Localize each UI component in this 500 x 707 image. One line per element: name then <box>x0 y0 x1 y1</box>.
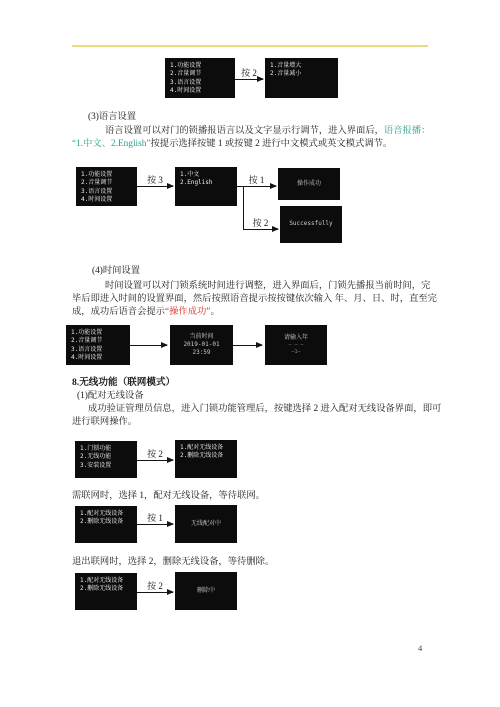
lcd-menu-line: 2.删除无线设备 <box>80 585 132 593</box>
lcd-main-menu-screen: 1.功能设置 2.音量调节 3.语言设置 4.时间设置 <box>76 167 137 206</box>
lcd-menu-line: 3.安装设置 <box>80 462 132 470</box>
branch-line <box>243 187 244 230</box>
para-pair-instruction: 需联网时，选择 1，配对无线设备，等待联网。 <box>72 491 265 502</box>
lcd-current-time-screen: 当前时间 2019-01-01 23:59 <box>170 325 233 365</box>
para-time-line2: 毕后即进入时间的设置界面，然后按照语音提示按按键依次输入 年、月、日、时，直至完 <box>72 294 437 305</box>
lcd-success-cn-screen: 操作成功 <box>278 168 340 200</box>
lcd-function-menu-screen: 1.门锁功能 2.无线功能 3.安装设置 <box>75 441 137 478</box>
lcd-menu-line: 2.音量调节 <box>170 70 230 78</box>
lcd-main-menu-screen: 1.功能设置 2.音量调节 3.语言设置 4.时间设置 <box>66 325 130 365</box>
lcd-deleting-screen: 删除中 <box>175 572 237 610</box>
heading-time-setting: (4)时间设置 <box>92 266 140 277</box>
lcd-status-text: 操作成功 <box>297 180 321 188</box>
arrow-label: 按 1 <box>147 511 163 524</box>
para-unpair-instruction: 退出联网时，选择 2，删除无线设备，等待删除。 <box>72 557 274 568</box>
heading-wireless-function: 8.无线功能（联网模式） <box>72 377 175 388</box>
lcd-menu-line: 3.语言设置 <box>81 188 132 196</box>
plain-arrow <box>130 345 167 346</box>
para-text: 成，成功后语音会提示 <box>72 307 165 317</box>
press-1-arrow: 按 1 <box>137 524 173 525</box>
press-2-arrow: 按 2 <box>137 592 173 593</box>
arrow-label: 按 3 <box>147 173 163 186</box>
lcd-main-menu-screen: 1.功能设置 2.音量调节 3.语言设置 4.时间设置 <box>165 58 235 98</box>
arrow-label: 按 2 <box>147 447 163 460</box>
arrow-label: 按 2 <box>241 66 257 79</box>
lcd-wireless-menu-screen: 1.配对无线设备 2.删除无线设备 <box>75 573 137 610</box>
para-time-line1: 时间设置可以对门锁系统时间进行调整，进入界面后，门锁先播报当前时间，完 <box>105 281 430 292</box>
lcd-menu-line: 4.时间设置 <box>170 87 230 95</box>
lcd-pairing-screen: 无线配对中 <box>175 505 237 543</box>
lcd-menu-line: 1.中文 <box>180 171 232 179</box>
lcd-status-text: 2019-01-01 <box>183 341 219 349</box>
arrow-label: 按 2 <box>253 216 269 229</box>
manual-page: 1.功能设置 2.音量调节 3.语言设置 4.时间设置 按 2 1.音量增大 2… <box>0 0 500 707</box>
heading-pair-wireless: (1)配对无线设备 <box>77 391 144 402</box>
lcd-volume-menu-screen: 1.音量增大 2.音量减小 <box>265 58 338 98</box>
para-time-line3: 成，成功后语音会提示“操作成功”。 <box>72 307 220 318</box>
lcd-menu-line: 4.时间设置 <box>71 354 125 362</box>
para-language-line2: “1.中文、2.English”按提示选择按键 1 或按键 2 进行中文模式或英… <box>72 139 392 150</box>
lcd-menu-line: 2.删除无线设备 <box>180 452 232 460</box>
lcd-status-text: 23:59 <box>192 349 210 357</box>
para-text: 按提示选择按键 1 或按键 2 进行中文模式或英文模式调节。 <box>151 139 393 149</box>
lcd-menu-line: 2.删除无线设备 <box>80 518 132 526</box>
lcd-input-slots: — — — <box>288 342 303 349</box>
lcd-wireless-menu-screen: 1.配对无线设备 2.删除无线设备 <box>175 440 237 478</box>
lcd-success-en-screen: Successfully <box>280 206 342 243</box>
lcd-status-text: 请输入年 <box>284 334 308 342</box>
page-number: 4 <box>418 643 422 653</box>
heading-language-setting: (3)语言设置 <box>88 112 136 123</box>
operation-success-text: “操作成功” <box>165 307 210 317</box>
header-divider-line <box>72 45 428 47</box>
lcd-menu-line: 2.无线功能 <box>80 453 132 461</box>
lcd-menu-line: 3.语言设置 <box>170 79 230 87</box>
lcd-menu-line: 2.English <box>180 179 232 187</box>
lcd-status-text: 删除中 <box>197 587 215 595</box>
lcd-enter-year-screen: 请输入年 — — — —1— <box>265 325 327 365</box>
para-text: 。 <box>210 307 219 317</box>
voice-options-text: “1.中文、2.English” <box>72 139 151 149</box>
lcd-status-text: 无线配对中 <box>191 520 221 528</box>
lcd-menu-line: 2.音量减小 <box>270 70 333 78</box>
para-wireless-line1: 成功验证管理员信息，进入门锁功能管理后，按键选择 2 进入配对无线设备界面，即可 <box>88 404 441 415</box>
lcd-menu-line: 3.语言设置 <box>71 346 125 354</box>
lcd-status-text: 当前时间 <box>189 333 213 341</box>
arrow-label: 按 1 <box>249 173 265 186</box>
lcd-menu-line: 2.音量调节 <box>71 337 125 345</box>
lcd-language-menu-screen: 1.中文 2.English <box>175 167 237 206</box>
lcd-menu-line: 4.时间设置 <box>81 196 132 204</box>
press-2-arrow: 按 2 <box>243 229 278 230</box>
voice-broadcast-text: 语音报播： <box>384 126 431 136</box>
plain-arrow <box>233 345 262 346</box>
para-text: 语言设置可以对门的锁播报语言以及文字显示行调节，进入界面后， <box>105 126 384 136</box>
lcd-menu-line: 2.音量调节 <box>81 179 132 187</box>
para-language-line1: 语言设置可以对门的锁播报语言以及文字显示行调节，进入界面后，语音报播： <box>105 126 430 137</box>
press-2-arrow: 按 2 <box>137 460 173 461</box>
lcd-status-text: Successfully <box>289 220 332 228</box>
press-3-arrow: 按 3 <box>137 186 173 187</box>
press-2-arrow: 按 2 <box>235 79 263 80</box>
lcd-wireless-menu-screen: 1.配对无线设备 2.删除无线设备 <box>75 506 137 543</box>
arrow-label: 按 2 <box>147 579 163 592</box>
lcd-input-cursor: —1— <box>291 349 300 356</box>
para-wireless-line2: 进行联网操作。 <box>72 417 137 428</box>
